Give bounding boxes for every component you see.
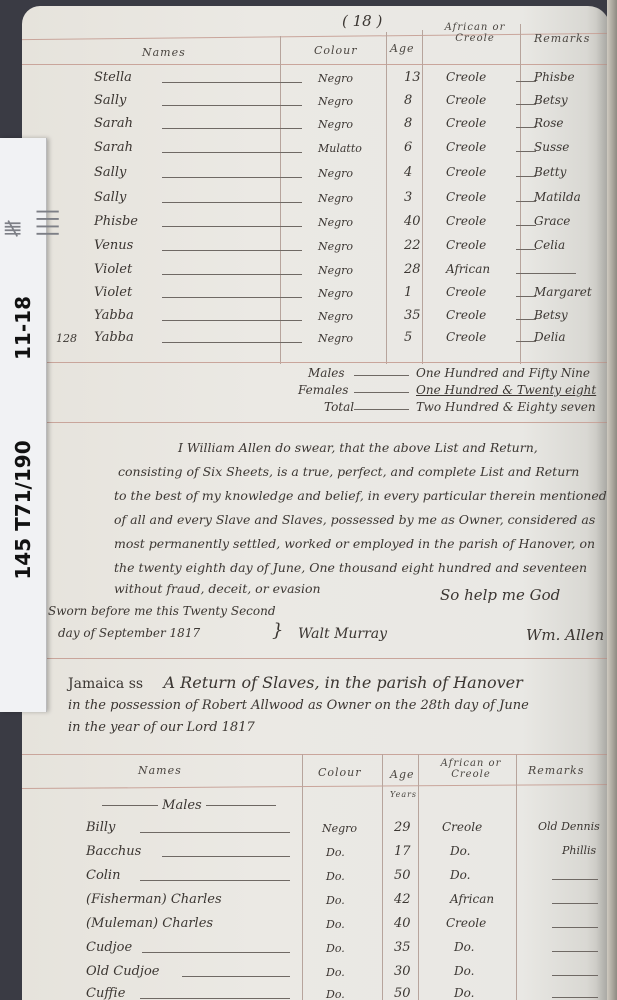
slave-name: Sally (94, 190, 126, 205)
table2-header-top-rule (22, 754, 610, 755)
colour: Negro (318, 167, 353, 180)
origin: Creole (446, 330, 486, 344)
remark: Phisbe (534, 70, 575, 84)
oath-line: consisting of Six Sheets, is a true, per… (58, 460, 610, 484)
table-row: (Muleman) Charles Do. 40 Creole (22, 916, 610, 936)
oath-bottom-rule (22, 658, 610, 659)
colour: Negro (318, 95, 353, 108)
origin: Creole (446, 308, 486, 322)
remark: Margaret (534, 285, 592, 299)
sworn-line-2: day of September 1817 (58, 626, 200, 640)
age: 30 (394, 964, 411, 979)
sworn-line-1: Sworn before me this Twenty Second (48, 604, 276, 618)
oath-closing: So help me God (440, 586, 560, 604)
colour: Negro (318, 72, 353, 85)
table-row: 128 Yabba Negro 5 Creole Delia (22, 330, 610, 350)
males-value: One Hundred and Fifty Nine (416, 366, 590, 380)
remark: Old Dennis (538, 820, 600, 833)
males-total: Males One Hundred and Fifty Nine (284, 366, 604, 383)
age: 29 (394, 820, 411, 835)
origin: Creole (446, 116, 486, 130)
age: 17 (394, 844, 411, 859)
oath-line: to the best of my knowledge and belief, … (58, 484, 610, 508)
colour: Do. (326, 918, 345, 931)
remark: Matilda (534, 190, 581, 204)
age: 6 (404, 140, 412, 155)
age: 8 (404, 116, 412, 131)
table-row: Sarah Mulatto 6 Creole Susse (22, 140, 610, 160)
table-row: Cudjoe Do. 35 Do. (22, 940, 610, 960)
slave-name: Cuffie (86, 986, 125, 1000)
slave-name: Violet (94, 262, 132, 277)
origin: African (450, 892, 494, 906)
females-value: One Hundred & Twenty eight (416, 383, 596, 397)
table-row: Old Cudjoe Do. 30 Do. (22, 964, 610, 984)
magistrate-signature: Walt Murray (298, 626, 387, 642)
remark: Phillis (562, 844, 596, 857)
colour: Negro (318, 310, 353, 323)
t2-header-age: Age (390, 768, 415, 781)
owner-signature: Wm. Allen (526, 626, 604, 644)
colour: Negro (322, 822, 357, 835)
t2-header-origin: African or Creole (434, 758, 508, 780)
origin: Creole (442, 820, 482, 834)
grand-total: Total Two Hundred & Eighty seven (284, 400, 604, 417)
header-names: Names (142, 46, 186, 59)
t2-header-remarks: Remarks (528, 764, 584, 777)
slave-name: Sally (94, 93, 126, 108)
colour: Do. (326, 942, 345, 955)
book-edge (607, 0, 617, 1000)
brace-mark: } (272, 620, 283, 641)
colour: Negro (318, 264, 353, 277)
oath-declaration: I William Allen do swear, that the above… (58, 436, 610, 598)
remark: Rose (534, 116, 564, 130)
table-row: Colin Do. 50 Do. (22, 868, 610, 888)
slave-name: Billy (86, 820, 115, 835)
age: 40 (404, 214, 421, 229)
origin: Do. (454, 986, 474, 1000)
header-top-rule (22, 33, 610, 40)
colour: Do. (326, 894, 345, 907)
origin: African (446, 262, 490, 276)
age: 35 (394, 940, 411, 955)
ledger-page: ( 18 ) Names Colour Age African or Creol… (22, 6, 610, 1000)
age: 50 (394, 868, 411, 883)
table-row: Billy Negro 29 Creole Old Dennis (22, 820, 610, 840)
females-label: Females (298, 383, 348, 397)
oath-line: most permanently settled, worked or empl… (58, 532, 610, 556)
table1-bottom-rule (22, 362, 610, 363)
slave-name: Yabba (94, 308, 134, 323)
slave-name: Bacchus (86, 844, 141, 859)
colour: Do. (326, 870, 345, 883)
colour: Negro (318, 118, 353, 131)
age: 1 (404, 285, 412, 300)
table-row: Bacchus Do. 17 Do. Phillis (22, 844, 610, 864)
age: 13 (404, 70, 421, 85)
title-line-2: in the possession of Robert Allwood as O… (68, 695, 610, 717)
return-heading: Jamaica ss A Return of Slaves, in the pa… (68, 672, 610, 739)
total-label: Total (324, 400, 354, 414)
table-row: (Fisherman) Charles Do. 42 African (22, 892, 610, 912)
table-row: Sally Negro 8 Creole Betsy (22, 93, 610, 113)
colour: Do. (326, 846, 345, 859)
table2-header-bottom-rule (22, 784, 610, 789)
table-row: Violet Negro 28 African (22, 262, 610, 282)
colour: Mulatto (318, 142, 362, 155)
slave-name: Stella (94, 70, 132, 85)
origin: Creole (446, 93, 486, 107)
remark: Delia (534, 330, 566, 344)
age: 5 (404, 330, 412, 345)
header-remarks: Remarks (534, 32, 590, 45)
oath-line: the twenty eighth day of June, One thous… (58, 556, 610, 580)
total-value: Two Hundred & Eighty seven (416, 400, 596, 414)
slave-name: Violet (94, 285, 132, 300)
slave-name: Yabba (94, 330, 134, 345)
archive-reference: 145 T71/190 (11, 440, 35, 579)
origin: Creole (446, 140, 486, 154)
table-row: Cuffie Do. 50 Do. (22, 986, 610, 1000)
colour: Do. (326, 988, 345, 1000)
table-row: Stella Negro 13 Creole Phisbe (22, 70, 610, 90)
slave-name: Sarah (94, 116, 133, 131)
origin: Creole (446, 238, 486, 252)
table-row: Yabba Negro 35 Creole Betsy (22, 308, 610, 328)
remark: Celia (534, 238, 565, 252)
title-line-3: in the year of our Lord 1817 (68, 717, 610, 739)
header-colour: Colour (314, 44, 358, 57)
slave-name: Colin (86, 868, 120, 883)
slave-name: Phisbe (94, 214, 138, 229)
table-row: Violet Negro 1 Creole Margaret (22, 285, 610, 305)
jurisdiction: Jamaica ss (68, 676, 143, 692)
origin: Do. (454, 964, 474, 978)
slave-name: Sally (94, 165, 126, 180)
origin: Do. (450, 868, 470, 882)
header-bottom-rule (22, 64, 610, 65)
remark: Betty (534, 165, 566, 179)
table-row: Venus Negro 22 Creole Celia (22, 238, 610, 258)
colour: Negro (318, 240, 353, 253)
age: 50 (394, 986, 411, 1000)
slave-name: (Fisherman) Charles (86, 892, 222, 907)
origin: Creole (446, 70, 486, 84)
title-line-1: Jamaica ss A Return of Slaves, in the pa… (68, 672, 610, 695)
slave-name: Old Cudjoe (86, 964, 159, 979)
table-row: Sarah Negro 8 Creole Rose (22, 116, 610, 136)
age: 40 (394, 916, 411, 931)
origin: Creole (446, 190, 486, 204)
slave-name: Sarah (94, 140, 133, 155)
tally-marks: 𝍸 |||| (0, 202, 60, 238)
age: 35 (404, 308, 421, 323)
header-age: Age (390, 42, 415, 55)
origin: Creole (446, 165, 486, 179)
table-row: Sally Negro 3 Creole Matilda (22, 190, 610, 210)
header-origin: African or Creole (438, 22, 512, 44)
males-label: Males (308, 366, 345, 380)
return-title: A Return of Slaves, in the parish of Han… (148, 673, 523, 692)
colour: Negro (318, 192, 353, 205)
age: 42 (394, 892, 411, 907)
remark: Grace (534, 214, 570, 228)
slave-name: Venus (94, 238, 133, 253)
colour: Do. (326, 966, 345, 979)
remark: Susse (534, 140, 569, 154)
totals-summary: Males One Hundred and Fifty Nine Females… (284, 366, 604, 417)
age: 3 (404, 190, 412, 205)
slave-name: Cudjoe (86, 940, 132, 955)
colour: Negro (318, 287, 353, 300)
origin: Creole (446, 285, 486, 299)
remark: Betsy (534, 93, 568, 107)
archive-reference-slip: 𝍸 |||| 11-18 145 T71/190 (0, 138, 47, 712)
origin: Creole (446, 214, 486, 228)
age: 28 (404, 262, 421, 277)
summary-bottom-rule (22, 422, 610, 423)
group-males: Males (102, 798, 276, 813)
age: 4 (404, 165, 412, 180)
t2-header-names: Names (138, 764, 182, 777)
page-range: 11-18 (11, 296, 35, 360)
oath-line: of all and every Slave and Slaves, posse… (58, 508, 610, 532)
group-label: Males (162, 798, 202, 813)
colour: Negro (318, 332, 353, 345)
page-number: ( 18 ) (342, 12, 382, 30)
remark: Betsy (534, 308, 568, 322)
t2-header-age-years: Years (390, 790, 417, 799)
table-row: Sally Negro 4 Creole Betty (22, 165, 610, 185)
row-index: 128 (56, 332, 77, 345)
origin: Do. (454, 940, 474, 954)
table-row: Phisbe Negro 40 Creole Grace (22, 214, 610, 234)
slave-name: (Muleman) Charles (86, 916, 213, 931)
age: 8 (404, 93, 412, 108)
origin: Creole (446, 916, 486, 930)
age: 22 (404, 238, 421, 253)
t2-header-colour: Colour (318, 766, 362, 779)
origin: Do. (450, 844, 470, 858)
oath-line: I William Allen do swear, that the above… (58, 436, 610, 460)
females-total: Females One Hundred & Twenty eight (284, 383, 604, 400)
colour: Negro (318, 216, 353, 229)
